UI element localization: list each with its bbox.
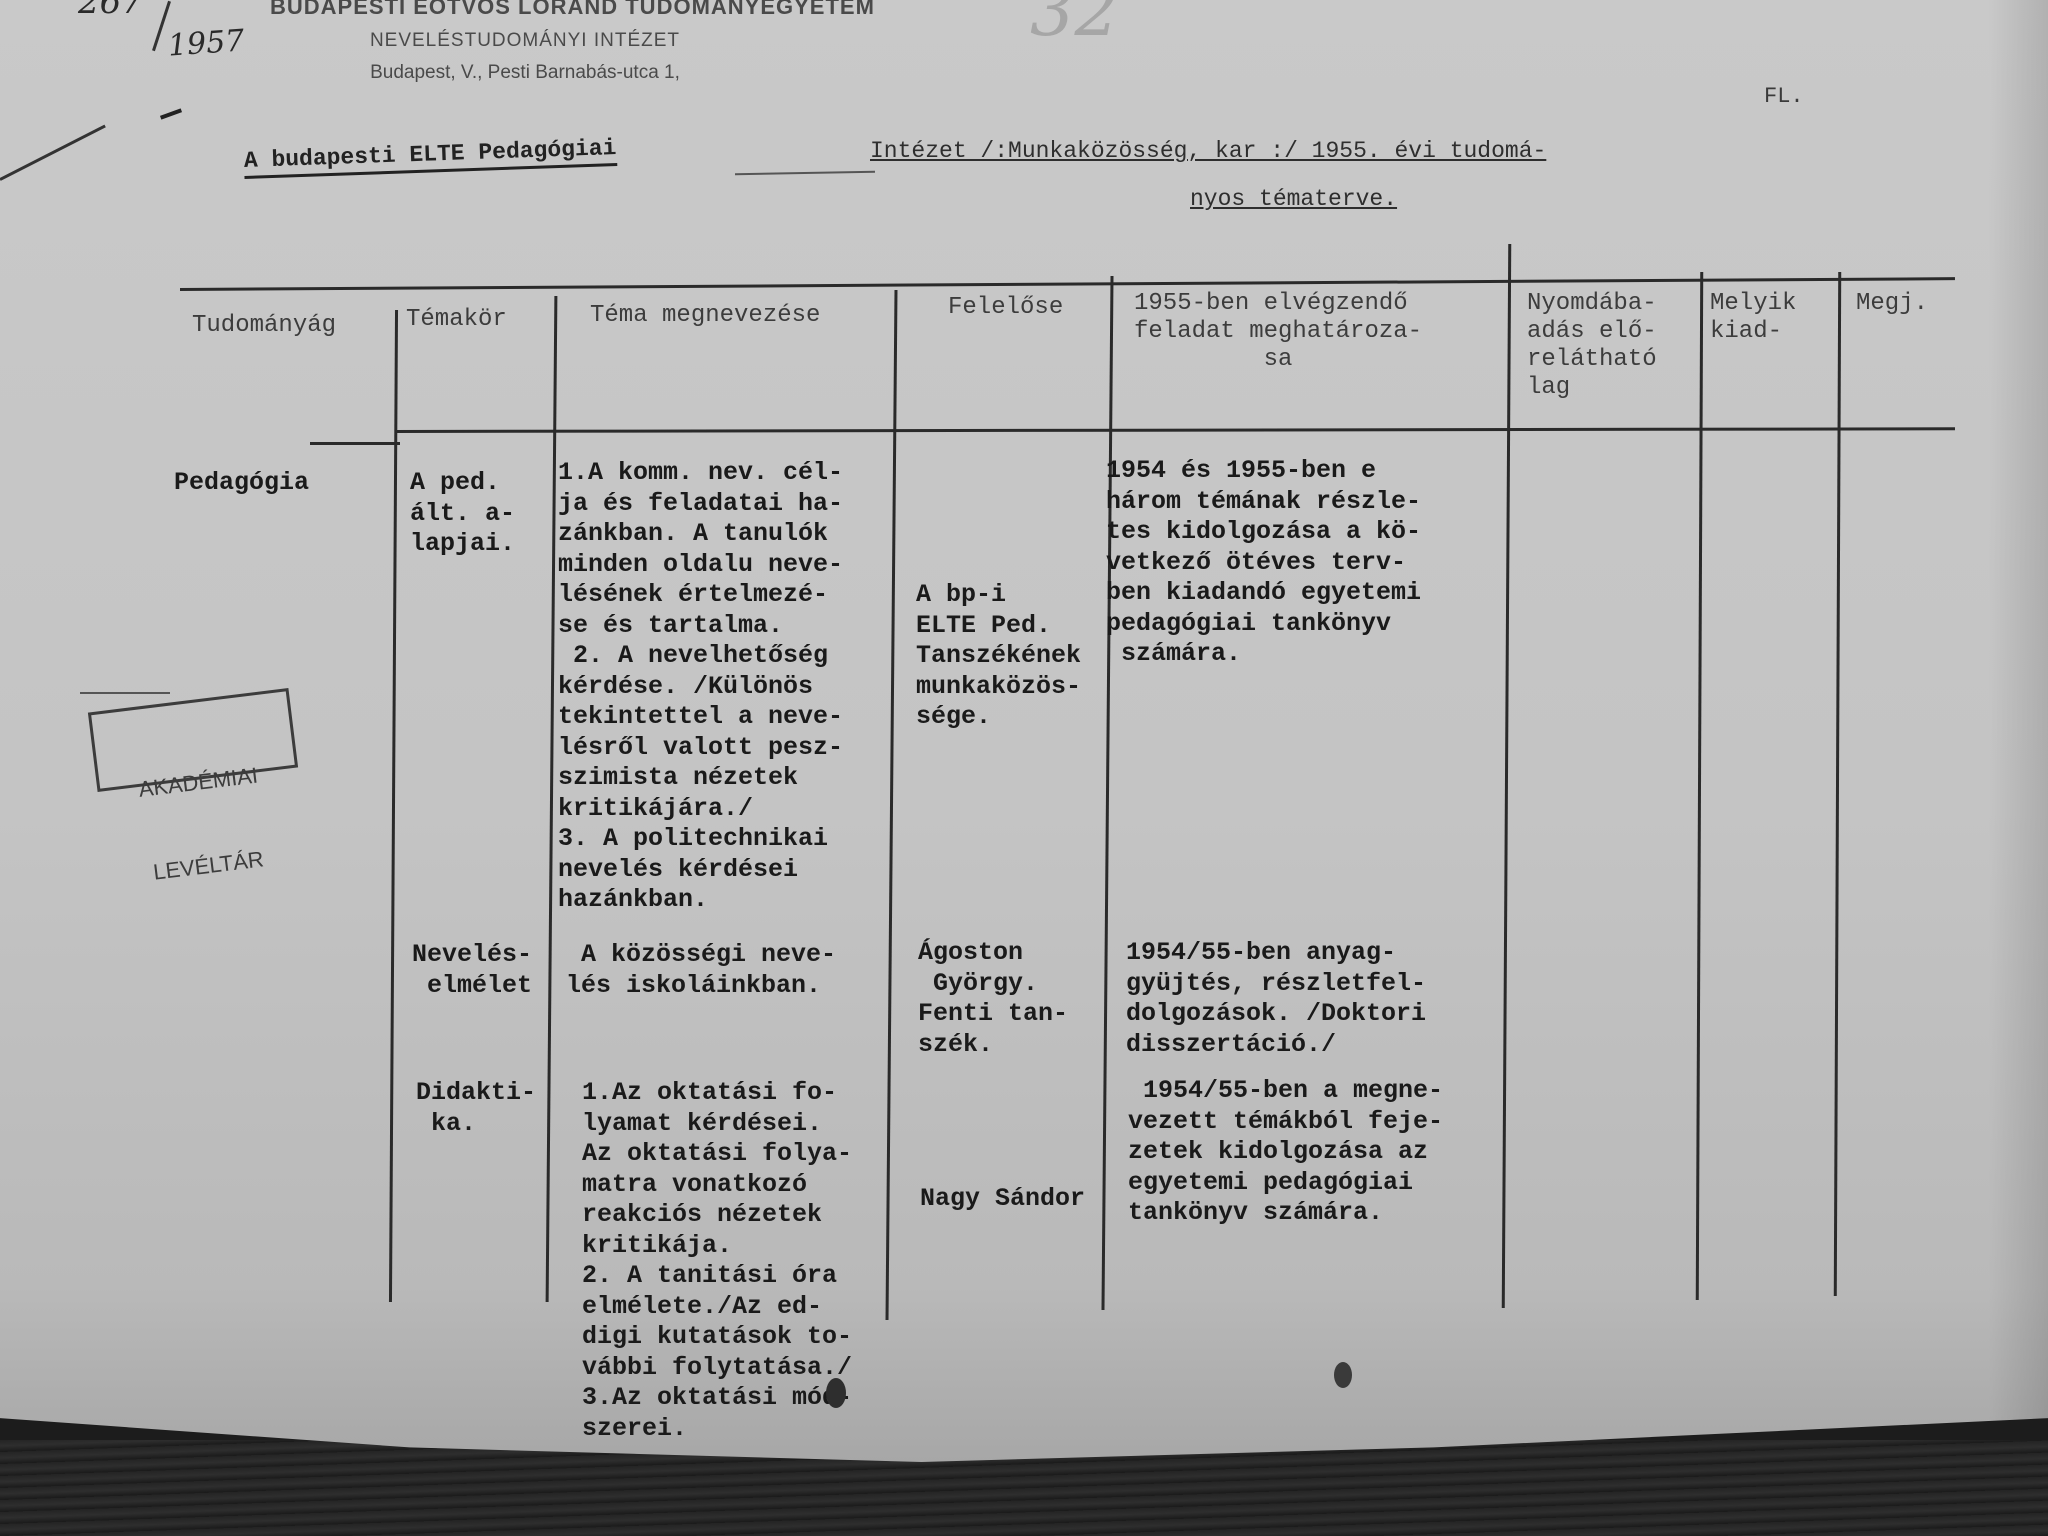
title-part-1: A budapesti ELTE Pedagógiai	[243, 135, 617, 179]
row1-tudomanyag: Pedagógia	[174, 468, 309, 499]
pen-stroke-mark	[0, 125, 106, 181]
row2-tema: A közösségi neve- lés iskoláinkban.	[566, 940, 836, 1001]
row1-tema: 1.A komm. nev. cél- ja és feladatai ha- …	[558, 458, 843, 916]
row1-feladat: 1954 és 1955-ben e három témának részle-…	[1106, 456, 1421, 670]
column-divider-2	[546, 296, 558, 1302]
punch-hole-mark	[1334, 1362, 1352, 1388]
table-header-bottom-rule-left	[310, 442, 400, 445]
letterhead-address: Budapest, V., Pesti Barnabás-utca 1,	[270, 62, 780, 84]
archive-stamp: AKADÉMIAI LEVÉLTÁR	[88, 688, 298, 792]
stamp-line-1: AKADÉMIAI	[99, 757, 297, 809]
handwritten-reference-number: 267	[78, 0, 143, 22]
page-shadow	[1988, 0, 2048, 1462]
letterhead-university: BUDAPESTI EÖTVÖS LORÁND TUDOMÁNYEGYETEM	[270, 0, 780, 20]
ink-smudge	[826, 1378, 846, 1408]
table-top-rule	[180, 277, 1955, 291]
header-tudomanyag: Tudományág	[192, 312, 336, 340]
column-divider-5	[1502, 244, 1511, 1308]
header-feladat: 1955-ben elvégzendő feladat meghatároza-…	[1134, 290, 1422, 374]
stamp-dash-mark	[80, 692, 170, 694]
header-melyik-kiado: Melyik kiad-	[1710, 290, 1796, 346]
column-divider-1	[389, 310, 398, 1302]
table-header-bottom-rule	[395, 427, 1955, 433]
column-divider-3	[886, 290, 898, 1320]
pen-tick-mark	[160, 108, 182, 119]
corner-mark: FL.	[1764, 84, 1804, 109]
stamp-line-2: LEVÉLTÁR	[110, 840, 308, 892]
header-nyomdaba: Nyomdába- adás elő- relátható lag	[1527, 290, 1657, 402]
pencil-page-number: 32	[1030, 0, 1119, 52]
row1-felelose: A bp-i ELTE Ped. Tanszékének munkaközös-…	[916, 580, 1081, 733]
row3-felelose: Nagy Sándor	[920, 1184, 1085, 1215]
column-divider-7	[1834, 272, 1841, 1296]
title-part-2: Intézet /:Munkaközösség, kar :/ 1955. év…	[870, 138, 1546, 164]
header-temakor: Témakör	[406, 306, 507, 334]
letterhead-institute: NEVELÉSTUDOMÁNYI INTÉZET	[270, 30, 780, 52]
row3-temakor: Didakti- ka.	[416, 1078, 536, 1139]
header-megj: Megj.	[1856, 290, 1928, 318]
document-page: BUDAPESTI EÖTVÖS LORÁND TUDOMÁNYEGYETEM …	[0, 0, 2048, 1462]
header-felelose: Felelőse	[948, 294, 1063, 322]
row2-felelose: Ágoston György. Fenti tan- szék.	[918, 938, 1068, 1060]
row3-tema: 1.Az oktatási fo- lyamat kérdései. Az ok…	[582, 1078, 852, 1444]
header-tema-megnevezese: Téma megnevezése	[590, 302, 820, 330]
row3-feladat: 1954/55-ben a megne- vezett témákból fej…	[1128, 1076, 1443, 1229]
row2-temakor: Nevelés- elmélet	[412, 940, 532, 1001]
row1-temakor: A ped. ált. a- lapjai.	[410, 468, 515, 560]
row2-feladat: 1954/55-ben anyag- gyüjtés, részletfel- …	[1126, 938, 1426, 1060]
column-divider-6	[1696, 272, 1703, 1300]
handwritten-year: 1957	[167, 23, 246, 63]
title-part-3: nyos tématerve.	[1190, 186, 1397, 212]
title-connector-line	[735, 171, 875, 175]
